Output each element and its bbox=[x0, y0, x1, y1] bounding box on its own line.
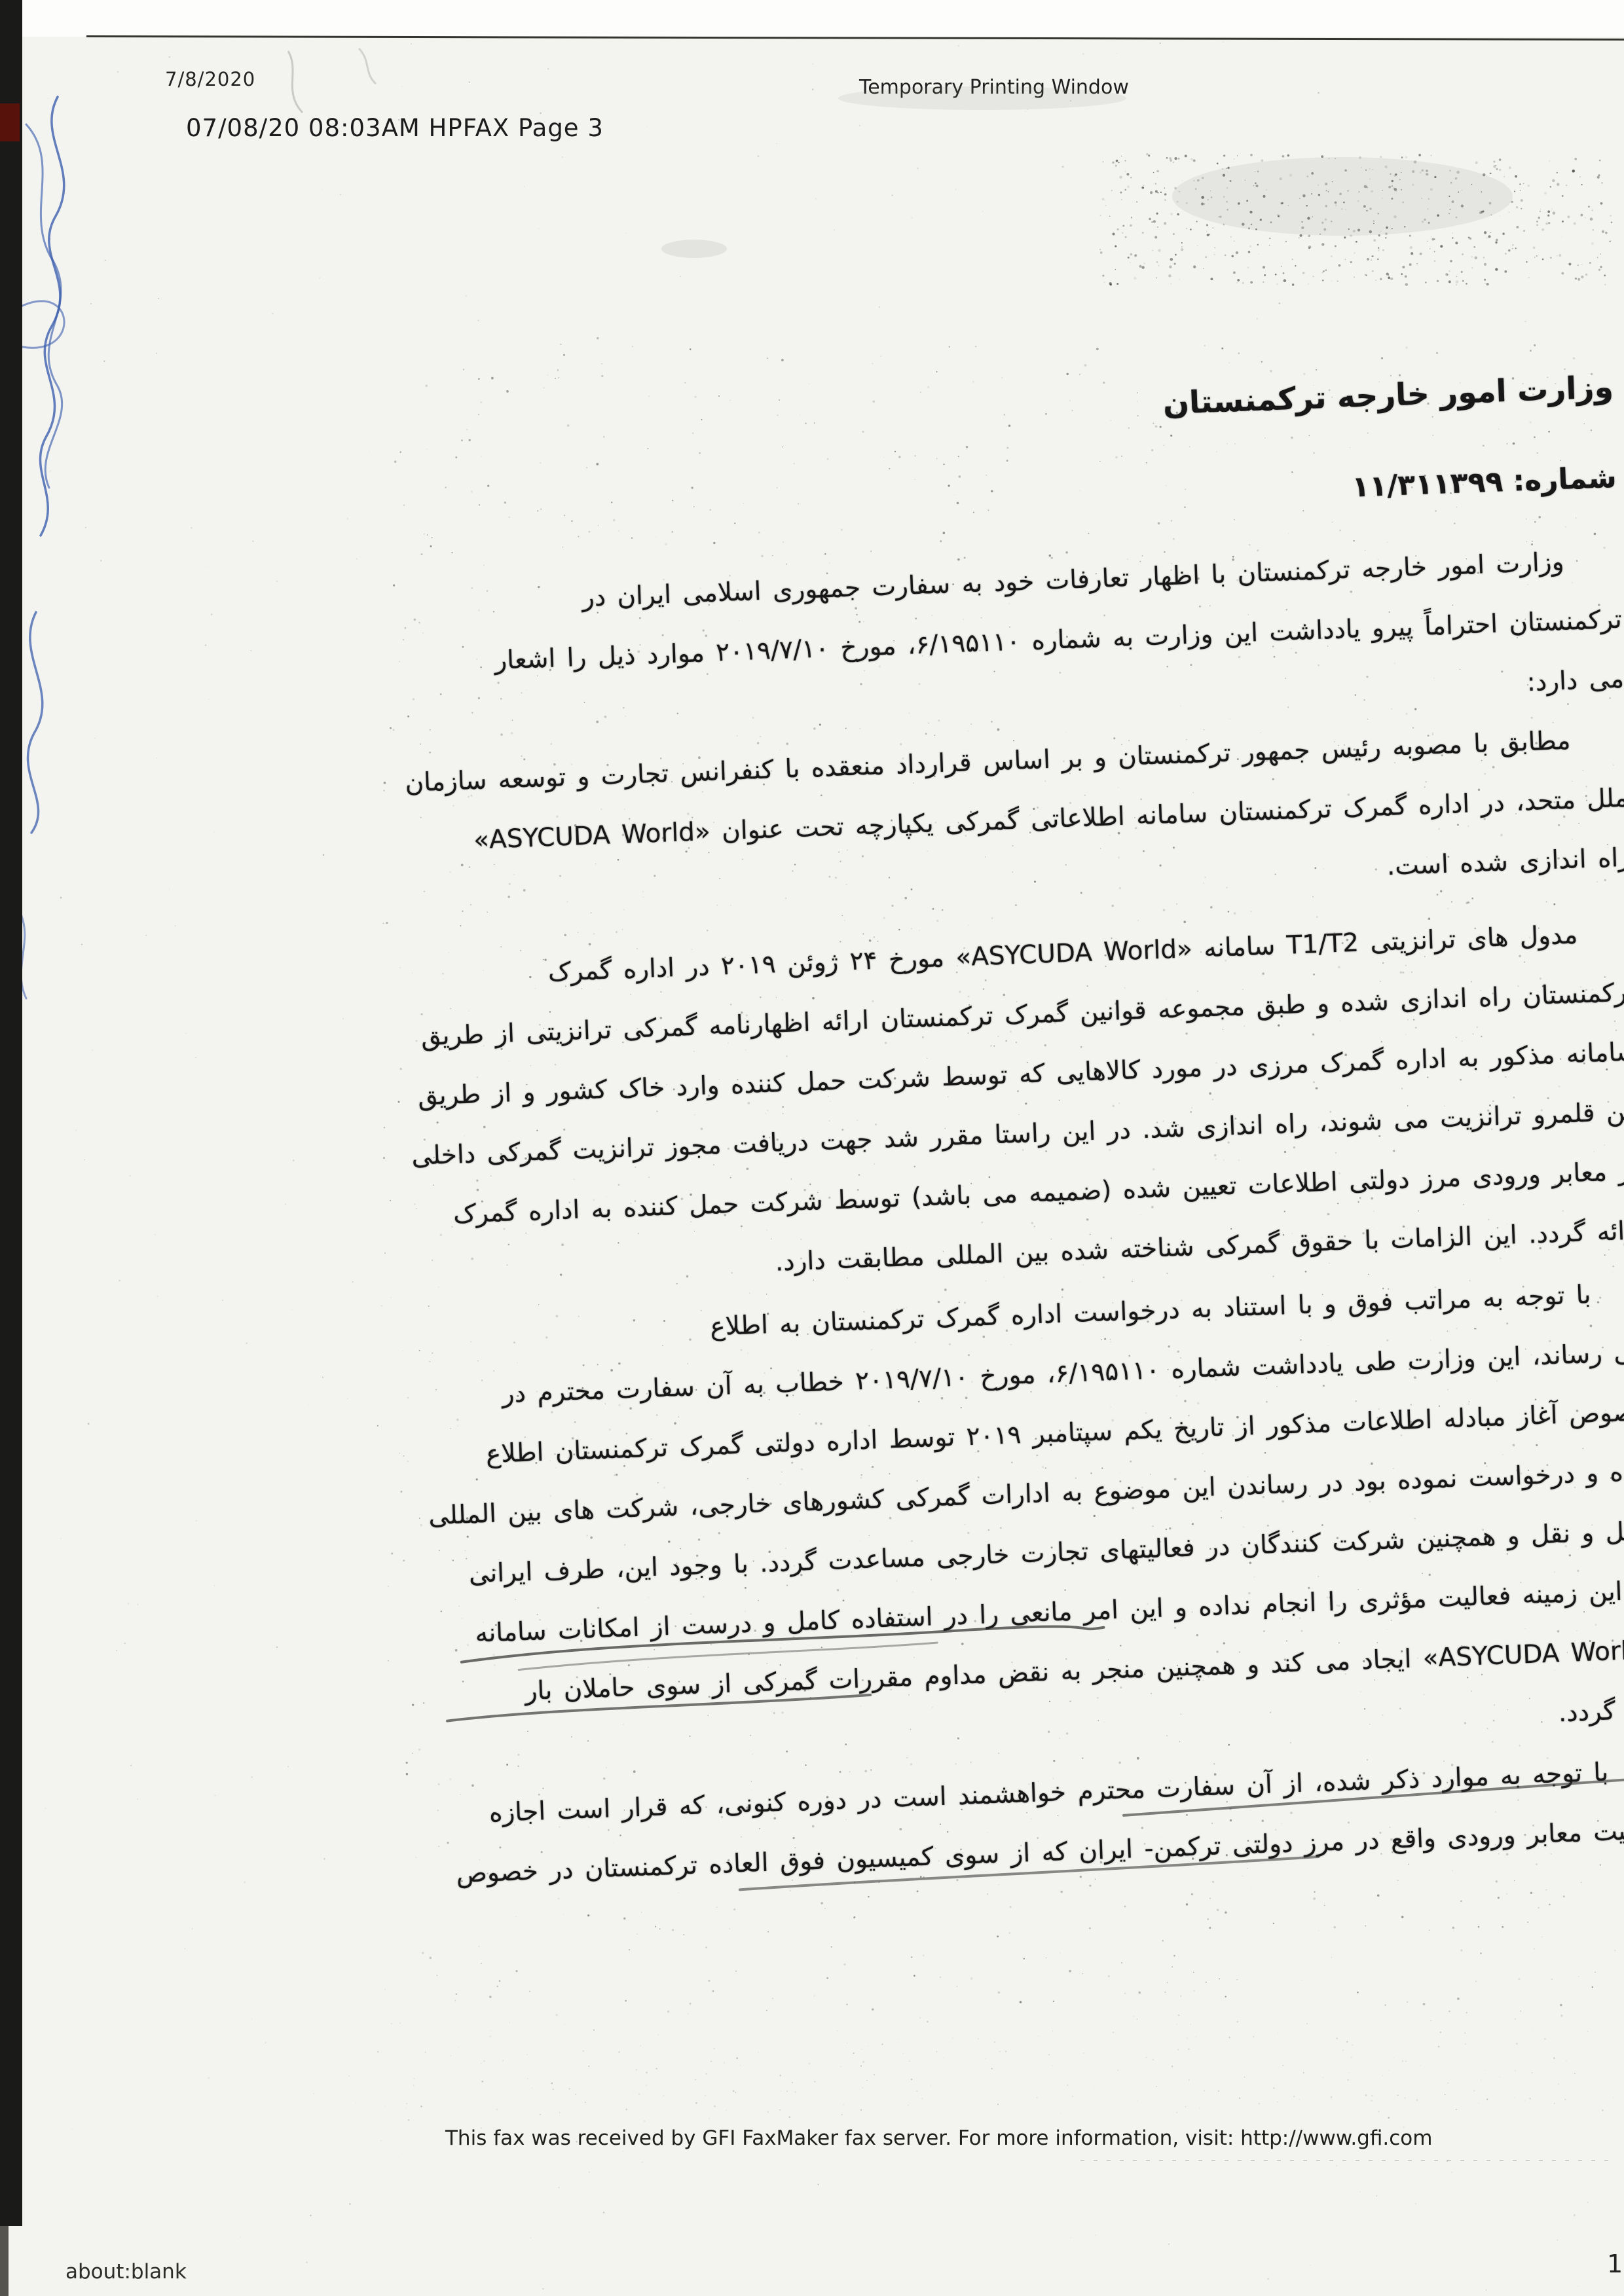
scanner-edge-strip-bottom bbox=[0, 2226, 9, 2296]
print-date: 7/8/2020 bbox=[165, 68, 255, 90]
page-number: 1 bbox=[1607, 2250, 1623, 2278]
page-top-band bbox=[0, 0, 1624, 37]
print-window-title: Temporary Printing Window bbox=[859, 76, 1129, 99]
letter-paragraph: با توجه به مراتب فوق و با استناد به درخو… bbox=[427, 1263, 1624, 1784]
fax-print-preview-page: 7/8/2020 Temporary Printing Window 07/08… bbox=[0, 0, 1624, 2296]
gfi-fax-footer: This fax was received by GFI FaxMaker fa… bbox=[445, 2126, 1432, 2150]
scanner-edge-red-mark bbox=[0, 103, 20, 141]
letter-paragraph: مدول های ترانزیتی T1/T2 سامانه «ASYCUDA … bbox=[414, 903, 1624, 1305]
letterhead-title: وزارت امور خارجه ترکمنستان bbox=[394, 359, 1614, 452]
page-url: about:blank bbox=[65, 2260, 187, 2284]
fax-header-line: 07/08/20 08:03AM HPFAX Page 3 bbox=[186, 114, 604, 142]
reference-number: شماره: ۱۱/۳۱۱۳۹۹ bbox=[397, 460, 1617, 541]
scanner-edge-strip bbox=[0, 0, 22, 2226]
scanned-letter: وزارت امور خارجه ترکمنستان شماره: ۱۱/۳۱۱… bbox=[394, 359, 1624, 1904]
